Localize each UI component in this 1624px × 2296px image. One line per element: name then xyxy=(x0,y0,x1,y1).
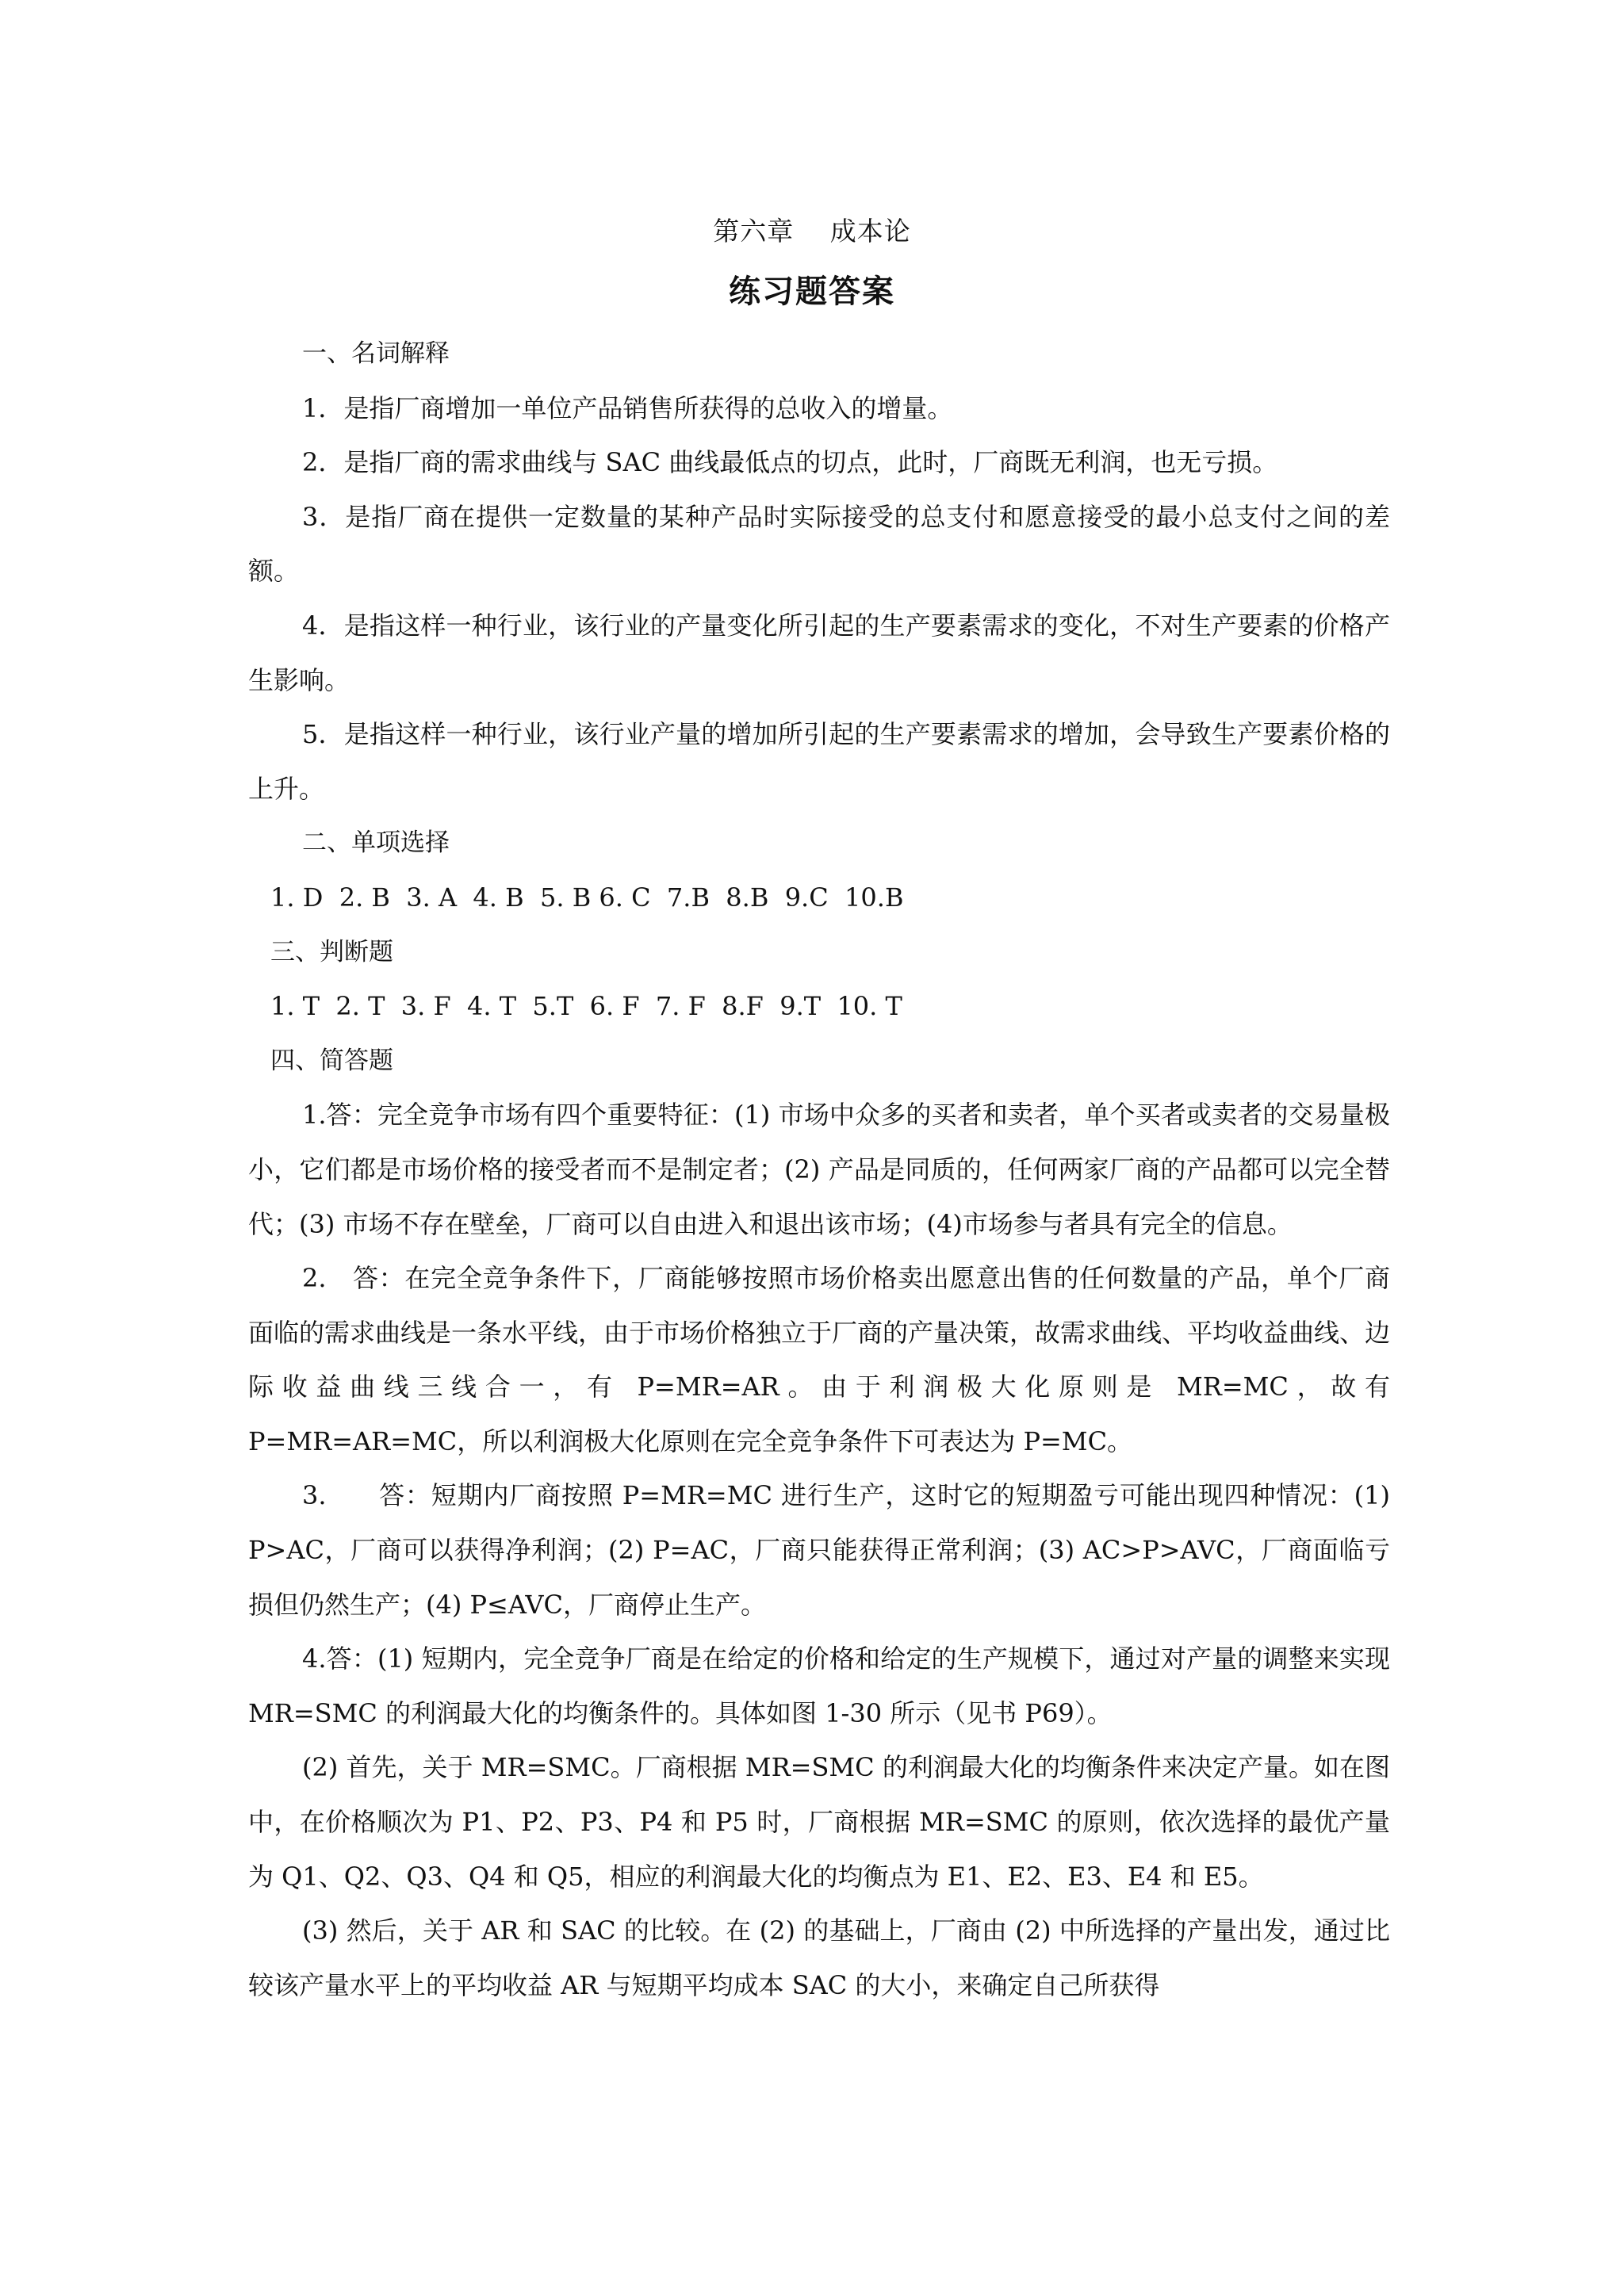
section-heading-definitions: 一、名词解释 xyxy=(248,327,1390,381)
short-answer-1: 1.答：完全竞争市场有四个重要特征：(1) 市场中众多的买者和卖者，单个买者或卖… xyxy=(248,1088,1390,1251)
definition-item-4: 4．是指这样一种行业，该行业的产量变化所引起的生产要素需求的变化，不对生产要素的… xyxy=(248,599,1390,707)
document-body: 一、名词解释 1．是指厂商增加一单位产品销售所获得的总收入的增量。 2．是指厂商… xyxy=(248,327,1390,2012)
section-heading-short-answer: 四、简答题 xyxy=(248,1034,1390,1089)
definition-item-1: 1．是指厂商增加一单位产品销售所获得的总收入的增量。 xyxy=(248,381,1390,436)
single-choice-answers: 1. D 2. B 3. A 4. B 5. B 6. C 7.B 8.B 9.… xyxy=(248,871,1390,925)
section-heading-single-choice: 二、单项选择 xyxy=(248,816,1390,871)
definition-item-5: 5．是指这样一种行业，该行业产量的增加所引起的生产要素需求的增加，会导致生产要素… xyxy=(248,707,1390,816)
short-answer-4-part-2: (2) 首先，关于 MR=SMC。厂商根据 MR=SMC 的利润最大化的均衡条件… xyxy=(248,1740,1390,1904)
page-title: 练习题答案 xyxy=(0,266,1624,312)
document-page: 第六章 成本论 练习题答案 一、名词解释 1．是指厂商增加一单位产品销售所获得的… xyxy=(0,0,1624,2296)
definition-item-3: 3．是指厂商在提供一定数量的某种产品时实际接受的总支付和愿意接受的最小总支付之间… xyxy=(248,490,1390,599)
section-heading-true-false: 三、判断题 xyxy=(248,925,1390,980)
true-false-answers: 1. T 2. T 3. F 4. T 5.T 6. F 7. F 8.F 9.… xyxy=(248,979,1390,1034)
chapter-title: 第六章 成本论 xyxy=(0,211,1624,248)
short-answer-4-part-1: 4.答：(1) 短期内，完全竞争厂商是在给定的价格和给定的生产规模下，通过对产量… xyxy=(248,1632,1390,1740)
short-answer-3: 3. 答：短期内厂商按照 P=MR=MC 进行生产，这时它的短期盈亏可能出现四种… xyxy=(248,1468,1390,1632)
short-answer-2: 2. 答：在完全竞争条件下，厂商能够按照市场价格卖出愿意出售的任何数量的产品，单… xyxy=(248,1251,1390,1468)
short-answer-4-part-3: (3) 然后，关于 AR 和 SAC 的比较。在 (2) 的基础上，厂商由 (2… xyxy=(248,1904,1390,2012)
definition-item-2: 2．是指厂商的需求曲线与 SAC 曲线最低点的切点，此时，厂商既无利润，也无亏损… xyxy=(248,435,1390,490)
